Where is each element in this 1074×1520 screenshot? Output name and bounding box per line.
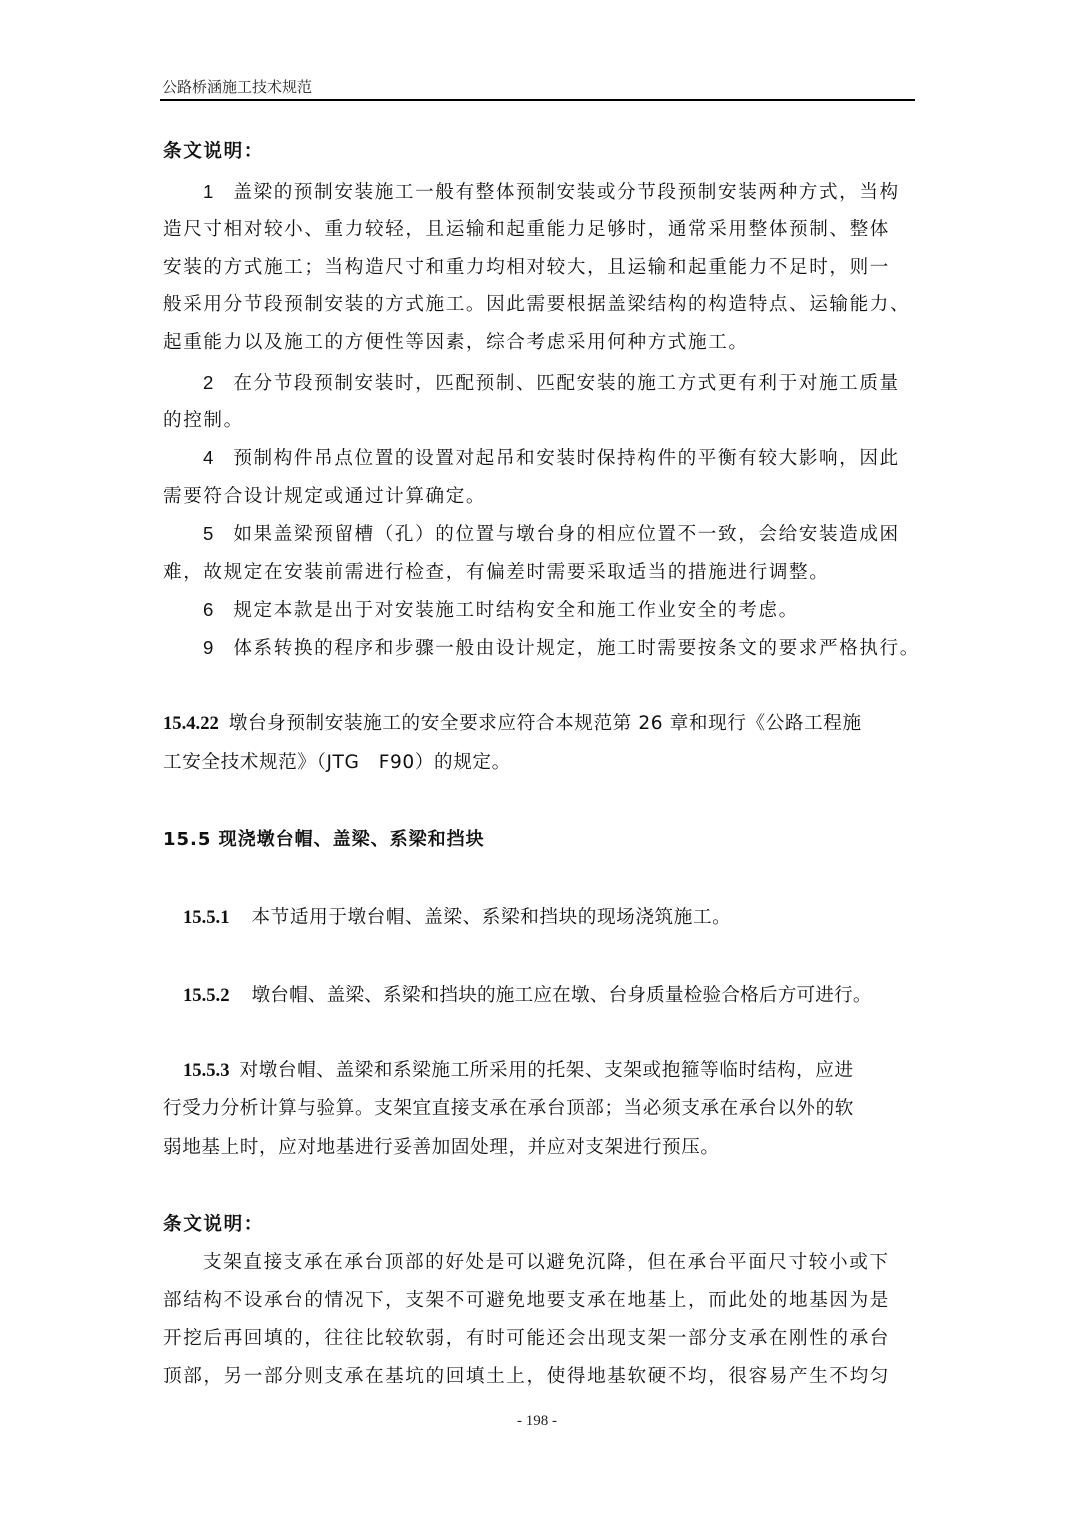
commentary-heading: 条文说明：	[163, 137, 264, 163]
commentary-2-line-1: 支架直接支承在承台顶部的好处是可以避免沉降，但在承台平面尺寸较小或下	[203, 1248, 890, 1274]
item-text: 在分节段预制安装时，匹配预制、匹配安装的施工方式更有利于对施工质量	[233, 373, 899, 394]
commentary-item-2-line-2: 的控制。	[163, 406, 244, 432]
commentary-2-line-3: 开挖后再回填的，往往比较软弱，有时可能还会出现支架一部分支承在刚性的承台	[163, 1324, 890, 1350]
clause-text: 墩台身预制安装施工的安全要求应符合本规范第 26 章和现行《公路工程施	[229, 713, 862, 734]
item-text: 预制构件吊点位置的设置对起吊和安装时保持构件的平衡有较大影响，因此	[233, 448, 899, 469]
commentary-item-4-line-2: 需要符合设计规定或通过计算确定。	[163, 482, 486, 508]
commentary-item-4-line-1: 4预制构件吊点位置的设置对起吊和安装时保持构件的平衡有较大影响，因此	[203, 444, 900, 470]
clause-15-4-22-line-2: 工安全技术规范》（JTG F90）的规定。	[163, 748, 511, 774]
clause-15-5-3-line-2: 行受力分析计算与验算。支架宜直接支承在承台顶部；当必须支承在承台以外的软	[163, 1094, 854, 1120]
running-header: 公路桥涵施工技术规范	[162, 76, 312, 97]
commentary-item-6: 6规定本款是出于对安装施工时结构安全和施工作业安全的考虑。	[203, 596, 799, 622]
item-text: 盖梁的预制安装施工一般有整体预制安装或分节段预制安装两种方式，当构	[233, 182, 899, 203]
item-text: 规定本款是出于对安装施工时结构安全和施工作业安全的考虑。	[233, 600, 798, 621]
item-number: 9	[203, 637, 213, 658]
commentary-2-line-4: 顶部，另一部分则支承在基坑的回填土上，使得地基软硬不均，很容易产生不均匀	[163, 1362, 890, 1388]
item-number: 1	[203, 181, 213, 202]
clause-15-5-2: 15.5.2墩台帽、盖梁、系梁和挡块的施工应在墩、台身质量检验合格后方可进行。	[183, 981, 872, 1007]
commentary-item-1-line-3: 安装的方式施工；当构造尺寸和重力均相对较大，且运输和起重能力不足时，则一	[163, 253, 890, 279]
item-number: 5	[203, 523, 213, 544]
clause-15-5-3-line-3: 弱地基上时，应对地基进行妥善加固处理，并应对支架进行预压。	[163, 1133, 720, 1159]
commentary-item-2-line-1: 2在分节段预制安装时，匹配预制、匹配安装的施工方式更有利于对施工质量	[203, 369, 900, 395]
commentary-2-line-2: 部结构不设承台的情况下，支架不可避免地要支承在地基上，而此处的地基因为是	[163, 1286, 890, 1312]
item-text: 体系转换的程序和步骤一般由设计规定，施工时需要按条文的要求严格执行。	[233, 638, 920, 659]
item-number: 6	[203, 599, 213, 620]
item-number: 4	[203, 447, 213, 468]
clause-text: 对墩台帽、盖梁和系梁施工所采用的托架、支架或抱箍等临时结构，应进	[239, 1060, 853, 1081]
document-page: 公路桥涵施工技术规范 条文说明： 1盖梁的预制安装施工一般有整体预制安装或分节段…	[0, 0, 1074, 1520]
section-heading-15-5: 15.5 现浇墩台帽、盖梁、系梁和挡块	[163, 825, 485, 851]
clause-text: 墩台帽、盖梁、系梁和挡块的施工应在墩、台身质量检验合格后方可进行。	[251, 985, 871, 1006]
clause-15-5-3-line-1: 15.5.3对墩台帽、盖梁和系梁施工所采用的托架、支架或抱箍等临时结构，应进	[183, 1056, 854, 1082]
clause-number: 15.4.22	[163, 713, 219, 734]
commentary-item-5-line-2: 难，故规定在安装前需进行检查，有偏差时需要采取适当的措施进行调整。	[163, 558, 829, 584]
clause-text: 本节适用于墩台帽、盖梁、系梁和挡块的现场浇筑施工。	[251, 907, 731, 928]
commentary-item-9: 9体系转换的程序和步骤一般由设计规定，施工时需要按条文的要求严格执行。	[203, 634, 920, 660]
commentary-item-5-line-1: 5如果盖梁预留槽（孔）的位置与墩台身的相应位置不一致，会给安装造成困	[203, 520, 900, 546]
commentary-item-1-line-5: 起重能力以及施工的方便性等因素，综合考虑采用何种方式施工。	[163, 328, 749, 354]
clause-number: 15.5.3	[183, 1060, 229, 1081]
clause-15-4-22-line-1: 15.4.22墩台身预制安装施工的安全要求应符合本规范第 26 章和现行《公路工…	[163, 709, 862, 735]
commentary-item-1-line-2: 造尺寸相对较小、重力较轻，且运输和起重能力足够时，通常采用整体预制、整体	[163, 215, 890, 241]
clause-number: 15.5.2	[183, 985, 229, 1006]
header-rule	[160, 99, 915, 101]
commentary-item-1-line-1: 1盖梁的预制安装施工一般有整体预制安装或分节段预制安装两种方式，当构	[203, 178, 900, 204]
page-number: - 198 -	[0, 1413, 1074, 1430]
clause-number: 15.5.1	[183, 907, 229, 928]
clause-15-5-1: 15.5.1本节适用于墩台帽、盖梁、系梁和挡块的现场浇筑施工。	[183, 903, 731, 929]
commentary-heading-2: 条文说明：	[163, 1210, 264, 1236]
commentary-item-1-line-4: 般采用分节段预制安装的方式施工。因此需要根据盖梁结构的构造特点、运输能力、	[163, 290, 910, 316]
item-text: 如果盖梁预留槽（孔）的位置与墩台身的相应位置不一致，会给安装造成困	[233, 524, 899, 545]
item-number: 2	[203, 372, 213, 393]
